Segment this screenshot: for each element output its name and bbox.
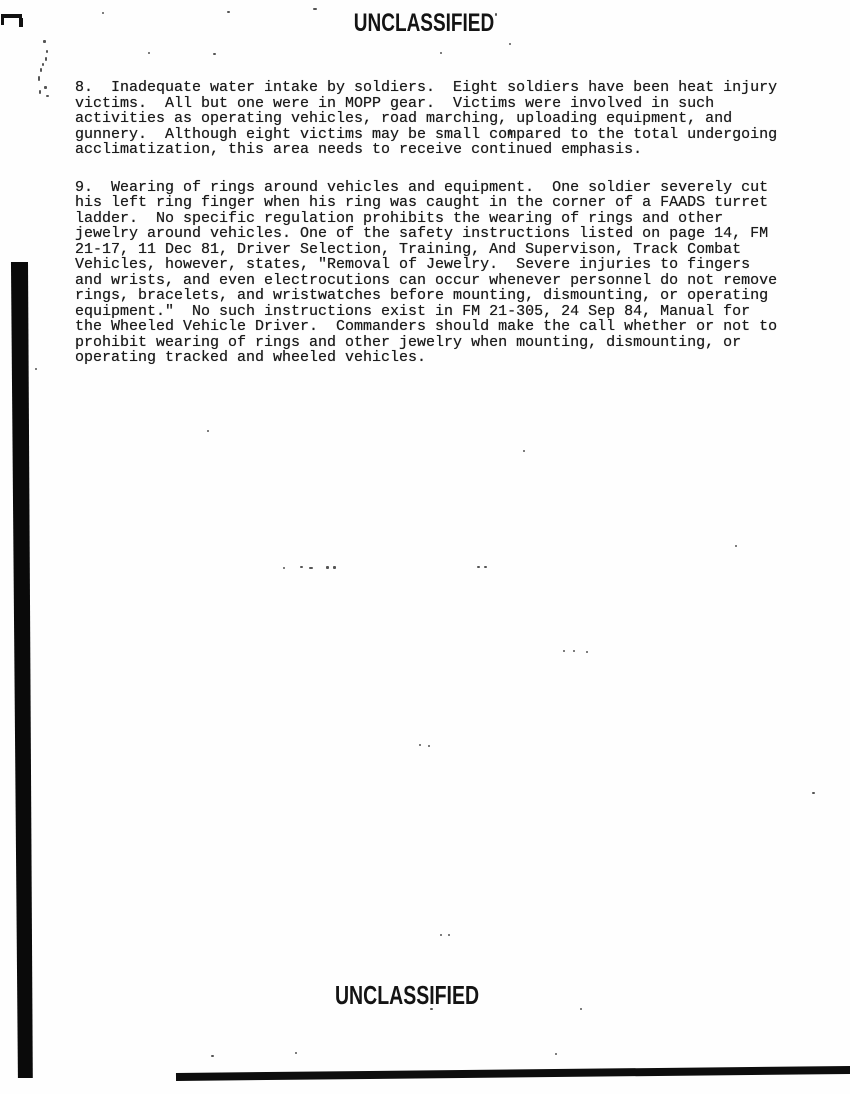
scan-speck — [509, 129, 511, 135]
scan-speck — [207, 430, 209, 432]
scan-speck — [448, 934, 450, 936]
scan-speck — [227, 11, 230, 13]
scan-speck — [484, 566, 487, 568]
scan-speck — [295, 1052, 297, 1054]
scan-speck — [40, 68, 42, 72]
scanned-document-page: UNCLASSIFIED 8. Inadequate water intake … — [0, 0, 850, 1094]
scan-speck — [580, 1008, 582, 1010]
paragraph-8: 8. Inadequate water intake by soldiers. … — [75, 80, 790, 158]
classification-header-text: UNCLASSIFIED — [354, 9, 494, 38]
scan-speck — [39, 90, 41, 94]
scan-artifact-bottom-bar — [176, 1066, 850, 1081]
corner-mark-left-leg — [1, 18, 4, 25]
paragraph-9: 9. Wearing of rings around vehicles and … — [75, 180, 790, 366]
scan-speck — [148, 52, 150, 54]
scan-speck — [440, 52, 442, 54]
scan-speck — [735, 545, 737, 547]
scan-speck — [102, 12, 104, 14]
classification-footer-text: UNCLASSIFIED — [335, 980, 479, 1011]
scan-speck — [509, 43, 511, 45]
scan-speck — [44, 86, 47, 89]
scan-artifact-left-bar — [10, 262, 34, 1078]
scan-speck — [586, 651, 588, 653]
scan-speck — [211, 1055, 214, 1057]
scan-speck — [283, 567, 285, 569]
scan-speck — [46, 95, 49, 97]
scan-speck — [35, 368, 37, 370]
scan-speck — [313, 8, 317, 10]
scan-speck — [563, 650, 565, 652]
scan-speck — [309, 567, 313, 569]
scan-speck — [555, 1053, 557, 1055]
scan-speck — [477, 566, 480, 568]
corner-mark-right-leg — [19, 18, 23, 27]
scan-speck — [428, 745, 430, 747]
scan-speck — [333, 566, 336, 569]
scan-speck — [300, 566, 303, 568]
scan-speck — [38, 76, 40, 81]
scan-speck — [419, 744, 421, 746]
scan-speck — [523, 450, 525, 452]
document-body: 8. Inadequate water intake by soldiers. … — [75, 80, 790, 366]
classification-footer: UNCLASSIFIED — [311, 980, 503, 1011]
scan-speck — [326, 566, 329, 569]
scan-speck — [495, 13, 497, 16]
scan-speck — [45, 57, 47, 61]
scan-speck — [573, 650, 575, 652]
scan-speck — [430, 1008, 433, 1010]
scan-speck — [46, 50, 48, 53]
scan-speck — [43, 40, 46, 43]
scan-speck — [42, 63, 44, 66]
classification-header: UNCLASSIFIED — [332, 9, 517, 38]
scan-speck — [812, 792, 815, 794]
scan-speck — [213, 53, 216, 55]
scan-speck — [440, 934, 442, 936]
